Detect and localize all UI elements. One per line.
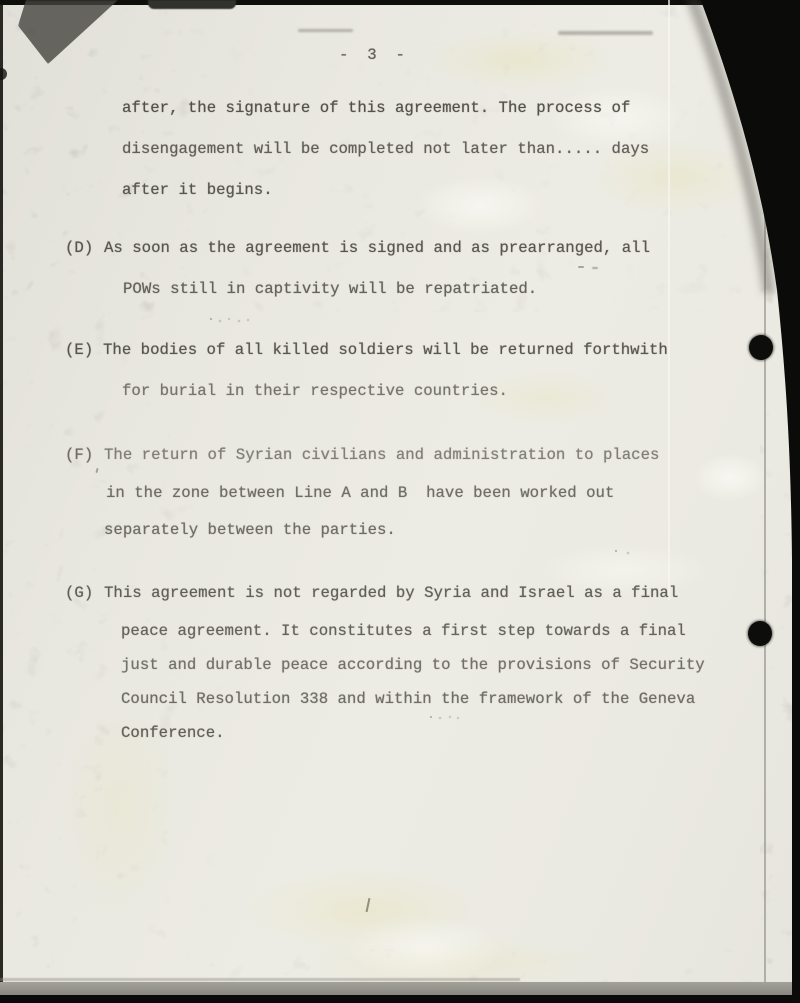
page-curl-shadow [0,0,800,1003]
hole-punch-top [749,335,773,360]
scanned-document-page: - 3 - after, the signature of this agree… [0,0,800,1003]
hole-punch-bottom [748,621,772,646]
